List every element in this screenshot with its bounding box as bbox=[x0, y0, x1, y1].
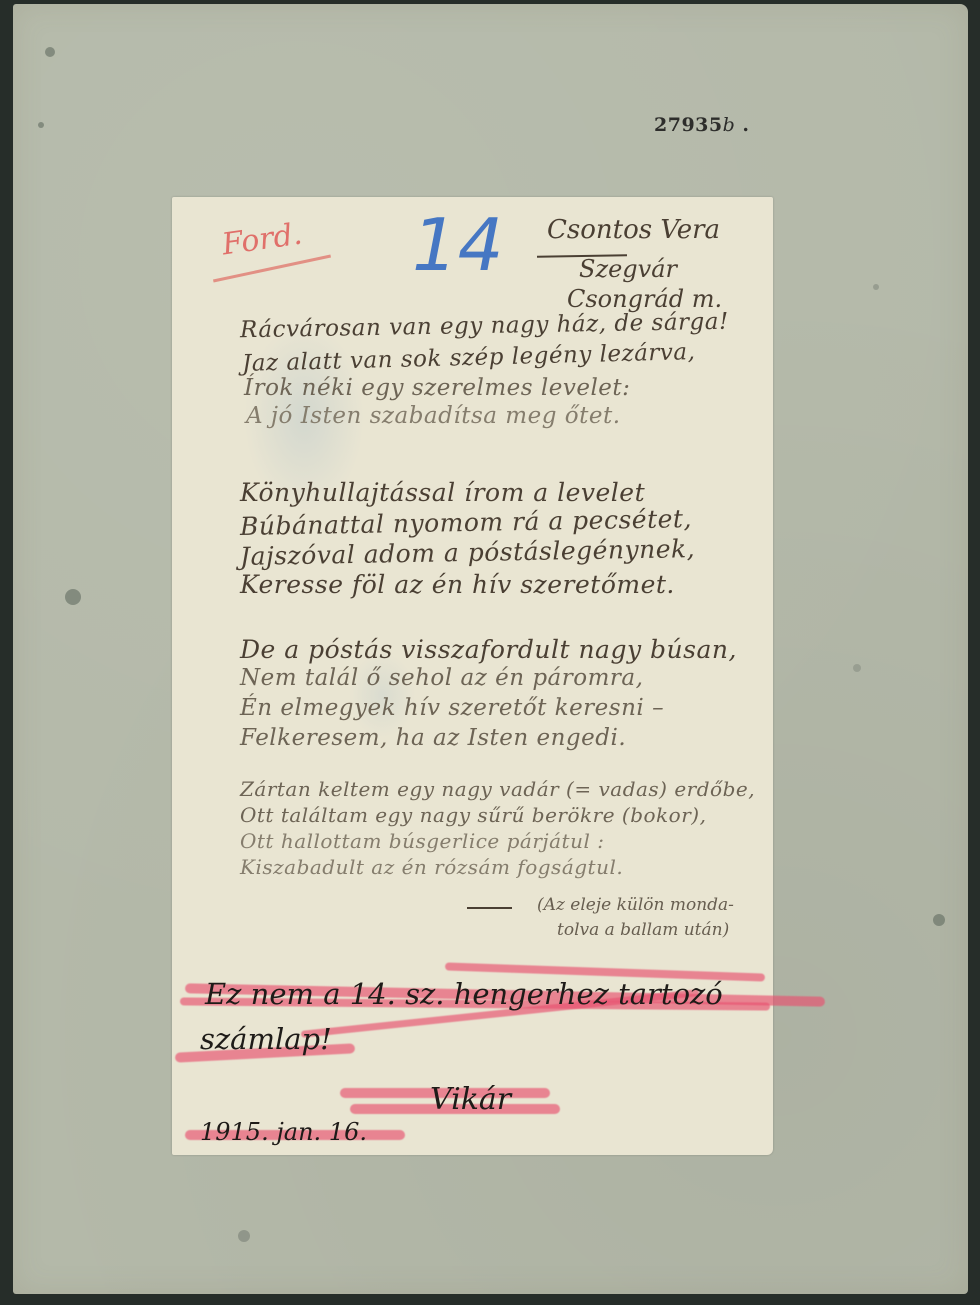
punch-hole bbox=[238, 1230, 250, 1242]
section-divider bbox=[467, 907, 512, 909]
author-name: Csontos Vera bbox=[547, 217, 720, 243]
accession-number-digits: 27935 bbox=[654, 114, 723, 136]
verse-line: Búbánattal nyomom rá a pecsétet, bbox=[240, 506, 692, 539]
archivist-note-line: Ez nem a 14. sz. hengerhez tartozó bbox=[205, 980, 723, 1009]
accession-number: 27935b . bbox=[654, 114, 750, 136]
margin-note-line: tolva a ballam után) bbox=[557, 922, 729, 939]
verse-line: Ott hallottam búsgerlice párjátul : bbox=[240, 831, 604, 851]
scan-background: 27935b . Ford. 14 Csontos Vera Szegvár C… bbox=[0, 0, 980, 1305]
punch-hole bbox=[853, 664, 861, 672]
verse-line: Kiszabadult az én rózsám fogságtul. bbox=[240, 857, 623, 877]
verse-line: A jó Isten szabadítsa meg őtet. bbox=[246, 405, 621, 428]
verse-line: Zártan keltem egy nagy vadár (= vadas) e… bbox=[240, 779, 755, 799]
verse-line: Nem talál ő sehol az én páromra, bbox=[240, 667, 643, 690]
verse-line: Rácvárosan van egy nagy ház, de sárga! bbox=[240, 311, 729, 343]
archivist-note-line: számlap! bbox=[200, 1025, 332, 1054]
verse-line: Keresse föl az én hív szeretőmet. bbox=[240, 572, 675, 597]
punch-hole bbox=[38, 122, 44, 128]
punch-hole bbox=[873, 284, 879, 290]
verse-line: Jaz alatt van sok szép legény lezárva, bbox=[242, 341, 696, 376]
verse-line: Írok néki egy szerelmes levelet: bbox=[244, 377, 630, 400]
ford-mark: Ford. bbox=[220, 220, 304, 261]
manuscript-sheet: Ford. 14 Csontos Vera Szegvár Csongrád m… bbox=[172, 197, 773, 1155]
signature: Vikár bbox=[430, 1085, 511, 1115]
verse-line: Jajszóval adom a póstáslegénynek, bbox=[240, 536, 696, 569]
note-date: 1915. jan. 16. bbox=[200, 1120, 367, 1144]
verse-line: Ott találtam egy nagy sűrű berökre (boko… bbox=[240, 805, 706, 825]
margin-note-line: (Az eleje külön monda- bbox=[537, 897, 734, 914]
accession-trailing: . bbox=[742, 114, 749, 136]
punch-hole bbox=[65, 589, 81, 605]
punch-hole bbox=[45, 47, 55, 57]
punch-hole bbox=[933, 914, 945, 926]
county: Csongrád m. bbox=[567, 287, 722, 311]
verse-line: De a póstás visszafordult nagy búsan, bbox=[240, 637, 737, 662]
cylinder-number: 14 bbox=[412, 209, 504, 281]
accession-suffix: b bbox=[723, 114, 736, 136]
verse-line: Én elmegyek hív szeretőt keresni – bbox=[240, 697, 664, 720]
verse-line: Könyhullajtással írom a levelet bbox=[240, 480, 645, 505]
village: Szegvár bbox=[579, 257, 677, 281]
verse-line: Felkeresem, ha az Isten engedi. bbox=[240, 727, 626, 750]
